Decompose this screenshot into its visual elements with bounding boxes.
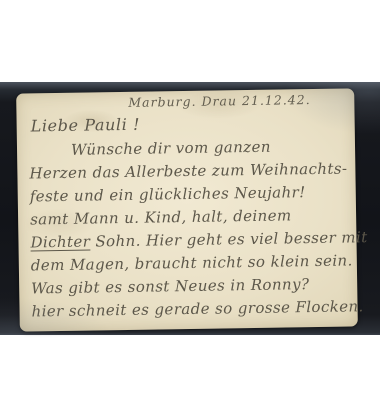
letter-line-text: Sohn. Hier geht es viel besser mit	[90, 228, 368, 250]
photo-black-backdrop: Marburg. Drau 21.12.42. Liebe Pauli ! Wü…	[0, 82, 380, 335]
letter-line: hier schneit es gerade so grosse Flocken…	[31, 295, 353, 323]
underlined-word: Dichter	[30, 233, 90, 252]
letter-body: Wünsche dir vom ganzen Herzen das Allerb…	[29, 134, 354, 323]
dateline: Marburg. Drau 21.12.42.	[128, 92, 311, 110]
postcard: Marburg. Drau 21.12.42. Liebe Pauli ! Wü…	[16, 88, 358, 331]
salutation: Liebe Pauli !	[31, 115, 141, 136]
photo-frame: Marburg. Drau 21.12.42. Liebe Pauli ! Wü…	[0, 0, 380, 420]
